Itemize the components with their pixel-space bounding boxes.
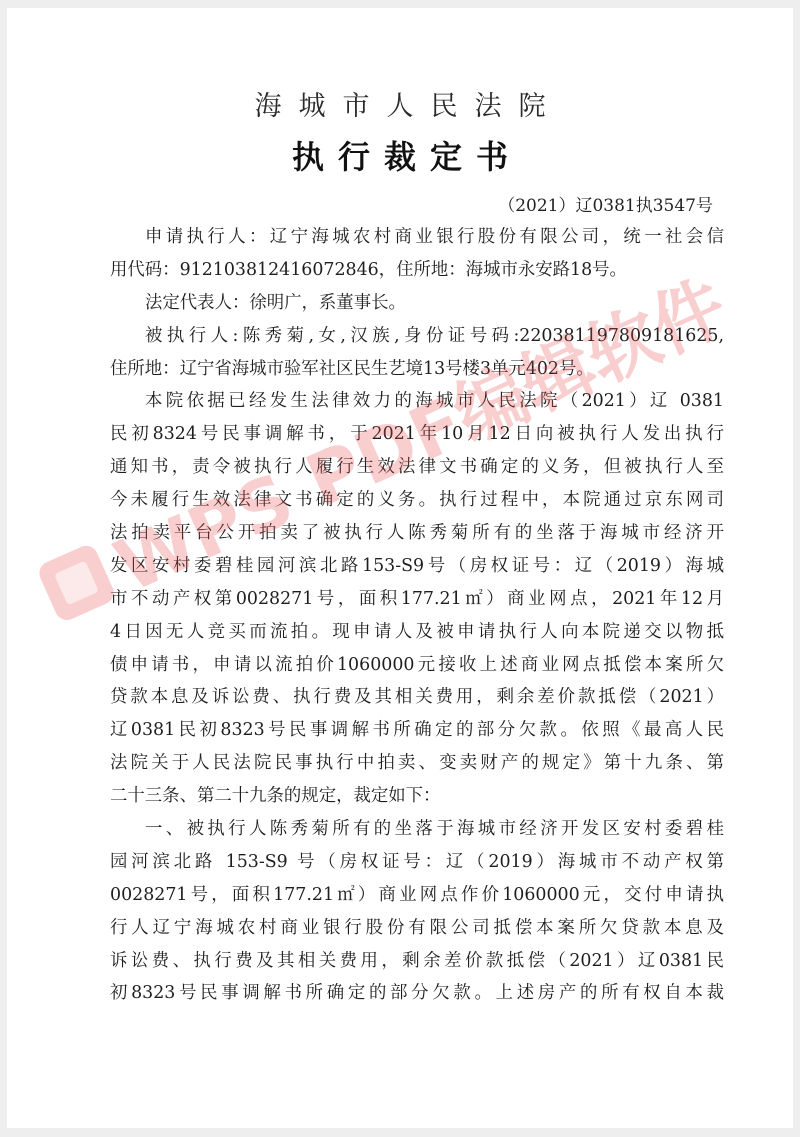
body-line: 初8323号民事调解书所确定的部分欠款。上述房产的所有权自本裁 (110, 977, 724, 1010)
document-page: 海城市人民法院 执行裁定书 （2021）辽0381执3547号 申请执行人：辽宁… (7, 8, 793, 1128)
body-line: 本院依据已经发生法律效力的海城市人民法院（2021）辽 0381 (110, 385, 724, 418)
body-line: 二十三条、第二十九条的规定，裁定如下： (110, 780, 724, 813)
body-line: 0028271号，面积177.21㎡）商业网点作价1060000元，交付申请执 (110, 879, 724, 912)
case-number: （2021）辽0381执3547号 (498, 191, 713, 216)
wps-logo-icon (36, 542, 118, 624)
body-line: 被执行人:陈秀菊,女,汉族,身份证号码:220381197809181625, (110, 320, 724, 353)
court-name: 海城市人民法院 (7, 84, 793, 123)
body-line: 用代码：912103812416072846，住所地：海城市永安路18号。 (110, 254, 724, 287)
body-line: 4日因无人竞买而流拍。现申请人及被申请执行人向本院递交以物抵 (110, 616, 724, 649)
body-line: 申请执行人：辽宁海城农村商业银行股份有限公司，统一社会信 (110, 221, 724, 254)
body-line: 一、被执行人陈秀菊所有的坐落于海城市经济开发区安村委碧桂 (110, 813, 724, 846)
body-line: 市不动产权第0028271号，面积177.21㎡）商业网点，2021年12月 (110, 583, 724, 616)
body-line: 园河滨北路 153-S9 号（房权证号：辽（2019）海城市不动产权第 (110, 846, 724, 879)
body-line: 住所地：辽宁省海城市验军社区民生艺境13号楼3单元402号。 (110, 353, 724, 386)
body-line: 法定代表人：徐明广，系董事长。 (110, 287, 724, 320)
body-line: 诉讼费、执行费及其相关费用，剩余差价款抵偿（2021）辽0381民 (110, 945, 724, 978)
body-line: 法院关于人民法院民事执行中拍卖、变卖财产的规定》第十九条、第 (110, 747, 724, 780)
body-line: 发区安村委碧桂园河滨北路153-S9号（房权证号：辽（2019）海城 (110, 550, 724, 583)
document-title: 执行裁定书 (7, 132, 793, 178)
body-line: 贷款本息及诉讼费、执行费及其相关费用，剩余差价款抵偿（2021） (110, 681, 724, 714)
body-line: 今未履行生效法律文书确定的义务。执行过程中，本院通过京东网司 (110, 484, 724, 517)
body-line: 辽0381民初8323号民事调解书所确定的部分欠款。依照《最高人民 (110, 714, 724, 747)
body-line: 通知书，责令被执行人履行生效法律文书确定的义务，但被执行人至 (110, 451, 724, 484)
body-line: 债申请书，申请以流拍价1060000元接收上述商业网点抵偿本案所欠 (110, 649, 724, 682)
body-line: 法拍卖平台公开拍卖了被执行人陈秀菊所有的坐落于海城市经济开 (110, 517, 724, 550)
document-body: 申请执行人：辽宁海城农村商业银行股份有限公司，统一社会信 用代码：9121038… (110, 221, 724, 1010)
body-line: 民初8324号民事调解书，于2021年10月12日向被执行人发出执行 (110, 418, 724, 451)
body-line: 行人辽宁海城农村商业银行股份有限公司抵偿本案所欠贷款本息及 (110, 912, 724, 945)
